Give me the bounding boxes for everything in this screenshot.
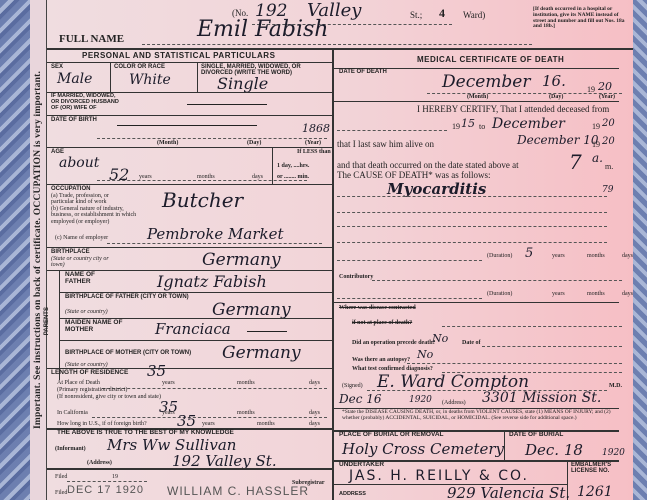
duration-days-caption: days xyxy=(622,253,633,259)
date-of-label: Date of xyxy=(462,340,481,346)
father-name-value: Ignatz Fabish xyxy=(157,272,267,291)
undertaker-address-value: 929 Valencia St. xyxy=(447,484,570,500)
father-birthplace-label: BIRTHPLACE OF FATHER (city or town) xyxy=(65,294,189,300)
embalmer-license-value: 1261 xyxy=(577,484,613,500)
signed-address-value: 3301 Mission St. xyxy=(482,390,601,406)
margin-instructions: Important. See instructions on back of c… xyxy=(30,0,47,500)
death-time-value: 7 xyxy=(569,150,582,174)
age-years-caption: years xyxy=(139,174,152,180)
signed-value: E. Ward Compton xyxy=(377,372,529,392)
certify-text: I HEREBY CERTIFY, That I attended deceas… xyxy=(417,104,609,114)
cause-text: The CAUSE OF DEATH* was as follows: xyxy=(337,170,491,180)
margin-instructions-text: Important. See instructions on back of c… xyxy=(33,71,43,429)
residence-years-caption: years xyxy=(162,380,175,386)
signed-address-label: (Address) xyxy=(442,400,466,406)
mother-birthplace-label: BIRTHPLACE OF MOTHER (city or town) xyxy=(65,350,191,356)
california-years-caption: years xyxy=(162,410,175,416)
last-saw-year: 20 xyxy=(602,136,615,147)
informant-label: (Informant) xyxy=(55,446,86,452)
father-birthplace-value: Germany xyxy=(212,300,291,320)
spouse-label: If married, widowed, or divorced HUSBAND… xyxy=(51,94,121,111)
operation-label: Did an operation precede death? xyxy=(352,340,436,346)
operation-value: No xyxy=(432,332,448,345)
filed-label-1: Filed xyxy=(55,474,67,480)
residence-us-label: How long in U.S., if of foreign birth? xyxy=(57,421,147,427)
death-certificate: (No. 192 Valley St.; 4 Ward) [If death o… xyxy=(47,0,633,500)
burial-date-label: DATE OF BURIAL xyxy=(509,432,563,439)
mother-name-label: MAIDEN NAME OF MOTHER xyxy=(65,320,125,334)
burial-year-value: 1920 xyxy=(602,448,625,458)
us-days-caption: days xyxy=(309,421,320,427)
ward-value: 4 xyxy=(439,6,445,21)
year-caption: (Year) xyxy=(305,140,321,146)
residence-label: LENGTH OF RESIDENCE xyxy=(51,370,128,377)
age-value: 52 xyxy=(109,165,129,184)
mother-birthplace-value: Germany xyxy=(222,343,301,363)
age-prefix: about xyxy=(59,155,99,171)
day-caption: (Day) xyxy=(247,140,261,146)
death-year-caption: (Year) xyxy=(599,94,615,100)
filed-date-stamp: DEC 17 1920 xyxy=(67,484,144,496)
residence-days-caption: days xyxy=(309,380,320,386)
street-label: St.; xyxy=(410,10,422,20)
contributory-label: Contributory xyxy=(339,274,373,280)
m-label: m. xyxy=(605,162,613,171)
informant-address-label: (Address) xyxy=(87,460,112,466)
last-saw-text: that I last saw him alive on xyxy=(337,139,434,149)
employer-label: (c) Name of employer xyxy=(55,235,108,241)
attended-to-value: December xyxy=(492,116,565,132)
date-of-birth-year: 1868 xyxy=(302,122,330,135)
decorative-right-border xyxy=(633,0,647,500)
age-days-caption: days xyxy=(252,174,263,180)
full-name-value: Emil Fabish xyxy=(197,17,328,42)
sex-label: SEX xyxy=(51,64,63,70)
cause-extra: 79 xyxy=(602,185,613,195)
contributory-duration-label: (Duration) xyxy=(487,291,512,297)
duration-years-caption: years xyxy=(552,253,565,259)
embalmer-label: EMBALMER'S LICENSE No. xyxy=(571,462,621,475)
occupation-b-label: (b) General nature of industry, business… xyxy=(51,206,141,225)
employer-value: Pembroke Market xyxy=(147,225,284,243)
us-months-caption: months xyxy=(257,421,275,427)
hospital-note: [If death occurred in a hospital or inst… xyxy=(533,7,625,30)
color-label: COLOR OR RACE xyxy=(114,64,165,70)
birthplace-sub-label: (State or country city or town) xyxy=(51,256,111,269)
residence-months-caption: months xyxy=(237,380,255,386)
residence-place-value: 35 xyxy=(147,362,166,380)
occupation-value: Butcher xyxy=(162,188,243,212)
autopsy-value: No xyxy=(417,348,433,361)
contributory-months-caption: months xyxy=(587,291,605,297)
ward-label: Ward) xyxy=(463,10,485,20)
last-saw-value: December 10 xyxy=(517,133,599,147)
california-months-caption: months xyxy=(237,410,255,416)
one-day-label: 1 day, ....hrs. xyxy=(277,163,309,169)
birthplace-label: BIRTHPLACE xyxy=(51,249,90,255)
attended-from-year: 15 xyxy=(461,117,475,130)
death-month-caption: (Month) xyxy=(467,94,488,100)
contributory-days-caption: days xyxy=(622,291,633,297)
residence-california-label: In California xyxy=(57,410,88,416)
decorative-left-border xyxy=(0,0,30,500)
residence-district-label: (Primary registration district) xyxy=(57,387,127,393)
death-year-value: 20 xyxy=(598,80,612,93)
md-label: M.D. xyxy=(609,383,622,389)
occupation-label: OCCUPATION xyxy=(51,186,90,192)
registrar-label: Subregistrar xyxy=(292,480,325,486)
personal-section-title: PERSONAL AND STATISTICAL PARTICULARS xyxy=(82,51,275,60)
undertaker-address-label: ADDRESS xyxy=(339,492,366,498)
sex-value: Male xyxy=(57,71,92,87)
residence-nonresident-label: (If nonresident, give city or town and s… xyxy=(57,394,161,400)
filed-label-2: Filed xyxy=(55,490,67,496)
or-min-label: or ........ min. xyxy=(277,174,309,180)
birthplace-value: Germany xyxy=(202,250,281,270)
death-month-value: December xyxy=(442,72,530,92)
if-not-place-label: if not at place of death? xyxy=(352,320,412,326)
california-days-caption: days xyxy=(309,410,320,416)
mother-name-value: Franciaca xyxy=(155,320,231,338)
occurred-text: and that death occurred on the date stat… xyxy=(337,160,519,170)
color-value: White xyxy=(129,72,171,88)
death-day-caption: (Day) xyxy=(549,94,563,100)
attended-to-year: 20 xyxy=(602,118,615,129)
age-months-caption: months xyxy=(197,174,215,180)
death-day-value: 16. xyxy=(542,72,566,90)
registrar-stamp: WILLIAM C. HASSLER xyxy=(167,484,309,498)
death-am-value: a. xyxy=(592,151,603,165)
marital-status-value: Single xyxy=(217,74,268,93)
father-birthplace-state-caption: (State or country) xyxy=(65,309,108,315)
duration-months-caption: months xyxy=(587,253,605,259)
contributory-years-caption: years xyxy=(552,291,565,297)
date-of-birth-label: DATE OF BIRTH xyxy=(51,117,97,123)
signed-year-value: 1920 xyxy=(409,395,432,405)
attended-to-label: to xyxy=(479,122,485,131)
burial-place-value: Holy Cross Cemetery xyxy=(342,440,504,458)
cause-note: *State the DISEASE CAUSING DEATH, or, in… xyxy=(342,410,617,422)
residence-place-label: At Place of Death xyxy=(57,380,100,386)
autopsy-label: Was there an autopsy? xyxy=(352,357,410,363)
occupation-a-label: (a) Trade, profession, or particular kin… xyxy=(51,193,131,206)
burial-date-value: Dec. 18 xyxy=(525,441,583,459)
month-caption: (Month) xyxy=(157,140,178,146)
full-name-label: FULL NAME xyxy=(59,33,124,45)
signed-label: (Signed) xyxy=(342,383,363,389)
father-name-label: NAME OF FATHER xyxy=(65,272,105,286)
burial-place-label: PLACE OF BURIAL OR REMOVAL xyxy=(339,432,443,439)
date-of-death-label: DATE OF DEATH xyxy=(339,69,387,75)
signed-date-value: Dec 16 xyxy=(339,392,382,406)
where-contracted-label: Where was disease contracted xyxy=(339,305,416,311)
less-than-label: If LESS than xyxy=(297,149,331,155)
filed-19-label: 19 xyxy=(112,474,118,480)
duration-years-value: 5 xyxy=(525,246,533,261)
us-years-caption: years xyxy=(202,421,215,427)
parents-label: PARENTS xyxy=(44,307,50,335)
undertaker-value: JAS. H. REILLY & CO. xyxy=(349,468,529,484)
duration-label: (Duration) xyxy=(487,253,512,259)
medical-section-title: MEDICAL CERTIFICATE OF DEATH xyxy=(417,55,564,64)
